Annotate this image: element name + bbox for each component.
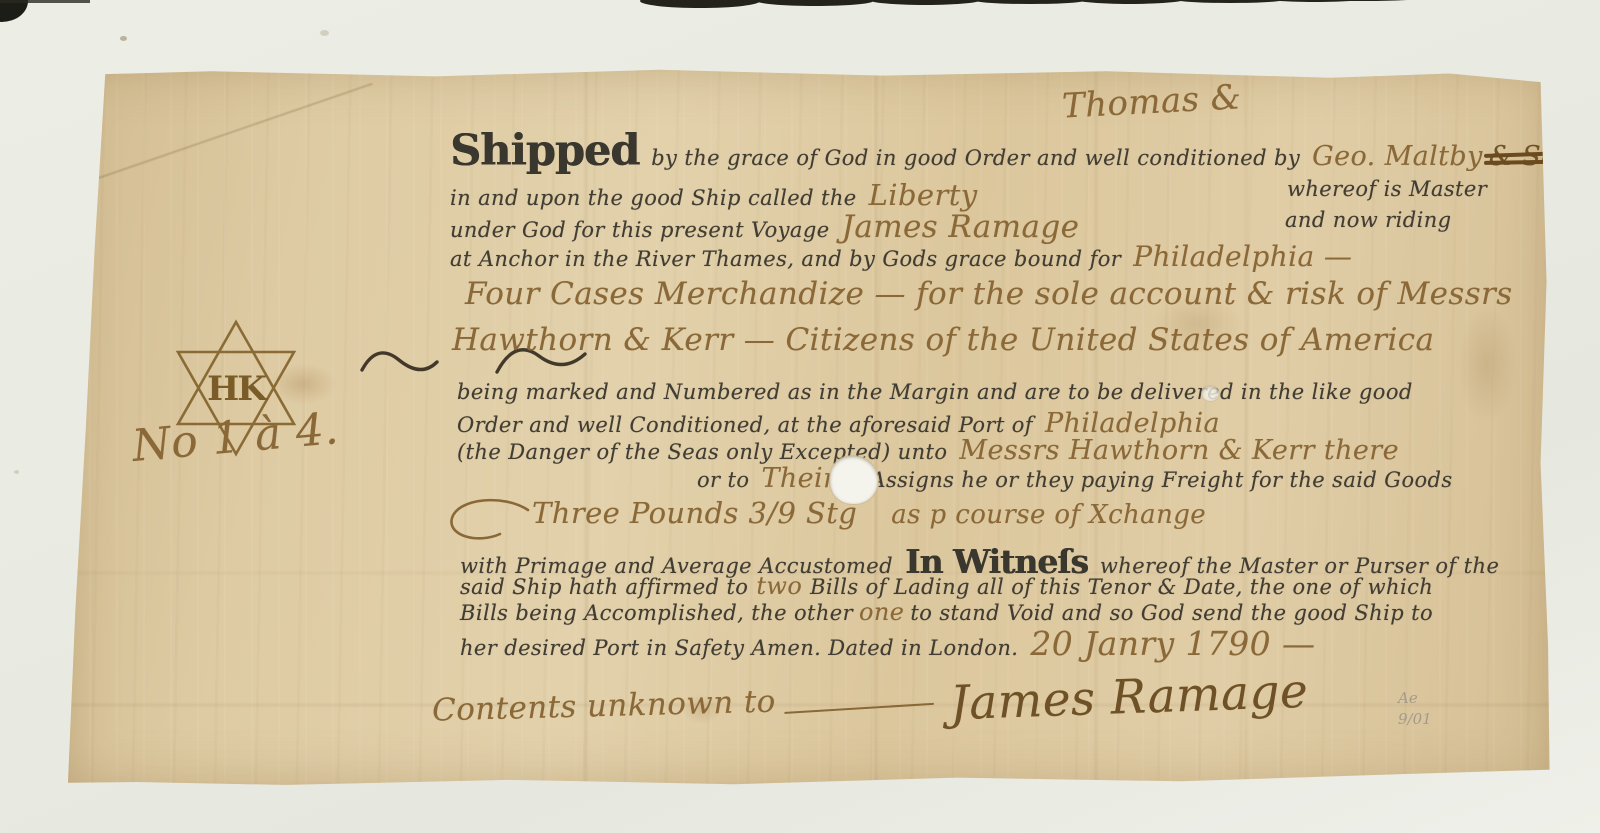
dust-speck xyxy=(14,470,19,474)
conditions-text-3: (the Danger of the Seas only Excepted) u… xyxy=(457,440,947,464)
freight-amount: Three Pounds 3/9 Stg xyxy=(532,496,857,530)
scan-corner-mark xyxy=(0,0,28,22)
anchor-line: at Anchor in the River Thames, and by Go… xyxy=(450,240,1352,273)
scanned-document-background: { "document_type": "Bill of Lading (Lond… xyxy=(0,0,1600,833)
pencil-note-1: Ae xyxy=(1398,688,1432,709)
fold-crease xyxy=(84,83,373,184)
witness-text-2a: said Ship hath affirmed to xyxy=(460,575,748,599)
contents-note-line: Contents unknown to xyxy=(432,679,935,728)
freight-line: Three Pounds 3/9 Stg as p course of Xcha… xyxy=(444,496,1206,546)
document-date: 20 Janry 1790 — xyxy=(1030,624,1315,663)
shipper-name: Geo. Maltby xyxy=(1312,141,1483,172)
ship-name: Liberty xyxy=(869,178,978,212)
riding-note-line: and now riding xyxy=(1285,208,1451,232)
conditions-text-4a: or to xyxy=(697,468,749,492)
pen-flourish-line xyxy=(784,703,934,714)
ship-line: in and upon the good Ship called the Lib… xyxy=(450,178,978,212)
bills-count-hand: two xyxy=(756,572,802,600)
opening-word: Shipped xyxy=(450,126,639,176)
witness-line-2: said Ship hath affirmed to two Bills of … xyxy=(460,572,1433,600)
witness-text-3a: Bills being Accomplished, the other xyxy=(460,601,853,625)
destination: Philadelphia — xyxy=(1133,240,1352,273)
foxing-stain xyxy=(1457,304,1517,424)
dust-speck xyxy=(320,30,329,36)
cargo-description: Four Cases Merchandize — for the sole ac… xyxy=(465,276,1513,312)
bill-of-lading-paper: HK No 1 à 4. Thomas & Shipped by the gra… xyxy=(62,64,1554,790)
cargo-line-2: Hawthorn & Kerr — Citizens of the United… xyxy=(452,322,1434,358)
conditions-text-1: being marked and Numbered as in the Marg… xyxy=(457,380,1413,404)
conditions-text-4b: Assigns he or they paying Freight for th… xyxy=(870,468,1452,492)
conditions-line-3: (the Danger of the Seas only Excepted) u… xyxy=(457,435,1399,466)
signature-line: James Ramage xyxy=(949,664,1309,731)
assigns-hand: Their xyxy=(761,463,836,494)
cargo-consignee: Hawthorn & Kerr — Citizens of the United… xyxy=(452,322,1434,358)
margin-case-numbers: No 1 à 4. xyxy=(130,403,340,472)
voyage-intro: under God for this present Voyage xyxy=(450,218,830,242)
other-bill-hand: one xyxy=(859,598,904,626)
cargo-line-1: Four Cases Merchandize — for the sole ac… xyxy=(465,276,1513,312)
riding-note: and now riding xyxy=(1285,208,1451,232)
paper-hole xyxy=(830,456,878,504)
scan-top-blotches xyxy=(640,0,760,8)
ship-intro: in and upon the good Ship called the xyxy=(450,186,857,210)
case-numbers-text: No 1 à 4. xyxy=(130,403,340,472)
pencil-note-2: 9/01 xyxy=(1398,709,1432,730)
scan-edge-strip xyxy=(0,0,90,3)
master-note: whereof is Master xyxy=(1287,177,1487,201)
witness-text-3b: to stand Void and so God send the good S… xyxy=(910,601,1433,625)
inserted-shipper: Thomas & xyxy=(1061,77,1242,126)
contents-note: Contents unknown to xyxy=(432,684,777,729)
paper-hole-small xyxy=(1202,386,1219,401)
shipper-struck-out: & Sons xyxy=(1489,141,1590,172)
pencil-annotation: Ae 9/01 xyxy=(1398,688,1432,730)
conditions-line-4: or to Their Assigns he or they paying Fr… xyxy=(697,463,1453,494)
witness-text-4: her desired Port in Safety Amen. Dated i… xyxy=(460,636,1018,660)
master-signature: James Ramage xyxy=(949,664,1309,731)
conditions-text-2: Order and well Conditioned, at the afore… xyxy=(457,413,1033,437)
witness-line-4: her desired Port in Safety Amen. Dated i… xyxy=(460,624,1315,663)
inserted-shipper-text: Thomas & xyxy=(1061,77,1242,126)
pen-flourish-icon xyxy=(444,496,532,546)
dust-speck xyxy=(120,36,127,41)
opening-line: Shipped by the grace of God in good Orde… xyxy=(450,126,1590,176)
anchor-text: at Anchor in the River Thames, and by Go… xyxy=(450,247,1121,271)
opening-rest: by the grace of God in good Order and we… xyxy=(651,146,1300,170)
conditions-line-1: being marked and Numbered as in the Marg… xyxy=(457,380,1413,404)
master-note-line: whereof is Master xyxy=(1287,177,1487,201)
freight-exchange-note: as p course of Xchange xyxy=(891,500,1206,530)
witness-line-3: Bills being Accomplished, the other one … xyxy=(460,598,1433,626)
witness-text-2b: Bills of Lading all of this Tenor & Date… xyxy=(810,575,1433,599)
svg-text:HK: HK xyxy=(207,369,268,409)
consignee-name: Messrs Hawthorn & Kerr there xyxy=(959,435,1399,466)
